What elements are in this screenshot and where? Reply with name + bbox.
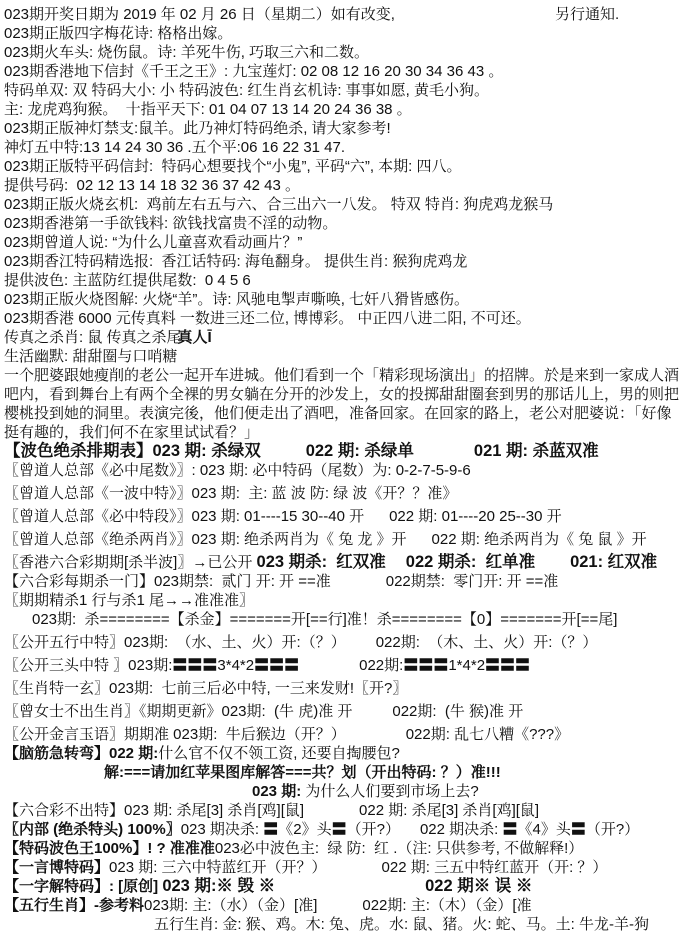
text-line: 023期火车头: 烧伤鼠。诗: 羊死牛伤, 巧取三六和二数。 bbox=[4, 43, 686, 62]
text-segment: 〓 bbox=[502, 821, 517, 838]
text-segment: 主: 龙虎鸡狗猴。 十指平天下: 01 04 07 13 14 20 24 36… bbox=[4, 101, 412, 118]
text-line: 【一字解特码】: [原创] 023 期:※ 毁 ※022 期※ 误 ※ bbox=[4, 877, 686, 896]
text-segment: 【五行生肖】-参考料 bbox=[4, 897, 144, 914]
text-line: 【一言博特码】023 期: 三六中特蓝红开（开？）022 期: 三五中特红蓝开（… bbox=[4, 858, 686, 877]
text-segment: 〖香港六合彩期期[杀半波]〗→已公开 bbox=[4, 554, 257, 571]
text-line: 023期正版火烧图解: 火烧“羊”。诗: 风驰电掣声嘶唤, 七奸八猾皆感伤。 bbox=[4, 290, 686, 309]
text-segment: （开?） bbox=[347, 821, 400, 838]
text-segment: 022 期杀: 红单准 bbox=[406, 553, 535, 571]
text-line: 〖曾道人总部《必中尾数》〗: 023 期: 必中特码（尾数）为: 0-2-7-5… bbox=[4, 461, 686, 480]
text-segment: 神灯五中特:13 14 24 30 36 .五个平:06 16 22 31 47… bbox=[4, 139, 345, 156]
text-segment: 023期正版火烧图解: 火烧“羊”。诗: 风驰电掣声嘶唤, 七奸八猾皆感伤。 bbox=[4, 291, 469, 308]
text-line: 传真之杀肖: 鼠 传真之杀尾真人Ī bbox=[4, 328, 686, 347]
text-segment: 023期: 主:（水）（金）[准] bbox=[144, 897, 317, 914]
text-segment: 023期: 杀========【杀金】=======开[==行]准！杀=====… bbox=[32, 611, 617, 628]
text-line: 五行生肖: 金: 猴、鸡。木: 兔、虎。水: 鼠、猪。火: 蛇、马。土: 牛龙-… bbox=[4, 915, 686, 934]
text-line: 〖曾道人总部《一波中特》〗023 期: 主: 蓝 波 防: 绿 波《开？？准》 bbox=[4, 484, 686, 503]
text-line: 【特码波色王100%】! ? 准准准023必中波色主: 绿 防: 红 .（注: … bbox=[4, 839, 686, 858]
text-segment: 022 期决杀: bbox=[420, 821, 503, 838]
text-line: 主: 龙虎鸡狗猴。 十指平天下: 01 04 07 13 14 20 24 36… bbox=[4, 100, 686, 119]
text-line: 生活幽默: 甜甜圈与口哨糖 bbox=[4, 347, 686, 366]
text-segment: 023期香港 6000 元传真料 一数进三还二位, 博博彩。 中正四八进二阳, … bbox=[4, 310, 531, 327]
text-segment: 〖公开五行中特〗023期: （水、土、火）开:（？） bbox=[4, 634, 346, 651]
text-segment: 【波色绝杀排期表】023 期: 杀绿双 bbox=[4, 442, 261, 460]
text-segment: 【一字解特码】: [原创] bbox=[4, 878, 162, 895]
text-segment: 021: 红双准 bbox=[570, 553, 657, 571]
text-segment: 022期: 主:（木）（金）[准 bbox=[362, 897, 531, 914]
text-segment: 023期正版特平码信封: 特码心想要找个“小鬼”, 平码“六”, 本期: 四八。 bbox=[4, 158, 462, 175]
text-segment: 【六合彩每期杀一门】023期禁: 贰门 开: 开 ==准 bbox=[4, 573, 331, 590]
text-segment: 023 期: 三六中特蓝红开（开？） bbox=[109, 859, 327, 876]
text-segment: 023期曾道人说: “为什么儿童喜欢看动画片？” bbox=[4, 234, 302, 251]
text-segment: 023期正版四字梅花诗: 格格出嫁。 bbox=[4, 25, 232, 42]
text-segment: 〖曾道人总部《一波中特》〗023 期: 主: 蓝 波 防: 绿 波《开？？准》 bbox=[4, 485, 457, 502]
text-segment: 〖内部 (绝杀特头) 100%〗 bbox=[4, 821, 181, 838]
text-segment: 〖公开三头中特 〗023期: bbox=[4, 657, 172, 674]
text-segment: 〓〓〓 bbox=[254, 657, 299, 674]
text-segment: 〖期期精杀1 行与杀1 尾→→准准准〗 bbox=[4, 592, 254, 609]
text-segment: 〖曾道人总部《绝杀两肖》〗023 期: 绝杀两肖为《 兔 龙 》开 bbox=[4, 531, 407, 548]
text-segment: 023 期决杀: bbox=[181, 821, 264, 838]
text-segment: 023期香港第一手欲钱料: 欲钱找富贵不淫的动物。 bbox=[4, 215, 337, 232]
text-line: 023期正版火烧玄机: 鸡前左右五与六、合三出六一八发。 特双 特肖: 狗虎鸡龙… bbox=[4, 195, 686, 214]
text-line: 【波色绝杀排期表】023 期: 杀绿双022 期: 杀绿单021 期: 杀蓝双准 bbox=[4, 442, 686, 461]
text-line: 特码单双: 双 特码大小: 小 特码波色: 红生肖玄机诗: 事事如愿, 黄毛小狗… bbox=[4, 81, 686, 100]
text-line: 〖香港六合彩期期[杀半波]〗→已公开 023 期杀: 红双准022 期杀: 红单… bbox=[4, 553, 686, 572]
text-segment: 〓〓〓 bbox=[485, 657, 530, 674]
text-segment: 〓 bbox=[571, 821, 586, 838]
text-segment: 解:===请加红苹果图库解答===共？划（开出特码: ？）准!!! bbox=[104, 764, 501, 781]
text-segment: 022 期: 01----20 25--30 开 bbox=[389, 508, 562, 525]
text-line: 023期正版神灯禁支:鼠羊。此乃神灯特码绝杀, 请大家参考! bbox=[4, 119, 686, 138]
text-segment: 023期香港地下信封《千王之王》: 九宝莲灯: 02 08 12 16 20 3… bbox=[4, 63, 503, 80]
text-segment: 022期: bbox=[359, 657, 403, 674]
text-segment: 【六合彩不出特】023 期: 杀尾[3] 杀肖[鸡][鼠] bbox=[4, 802, 304, 819]
text-line: 〖曾女士不出生肖〗《期期更新》023期: (牛 虎)准 开022期: (牛 猴)… bbox=[4, 702, 686, 721]
text-segment: 〓 bbox=[332, 821, 347, 838]
text-segment: 一个肥婆跟她瘦削的老公一起开车进城。他们看到一个「精彩现场演出」的招牌。於是来到… bbox=[4, 367, 679, 441]
text-line: 023期香港地下信封《千王之王》: 九宝莲灯: 02 08 12 16 20 3… bbox=[4, 62, 686, 81]
text-line: 023期开奖日期为 2019 年 02 月 26 日（星期二）如有改变,另行通知… bbox=[4, 5, 686, 24]
text-line: 〖公开三头中特 〗023期:〓〓〓3*4*2〓〓〓022期:〓〓〓1*4*2〓〓… bbox=[4, 656, 686, 675]
text-segment: 023 期: bbox=[252, 783, 305, 800]
text-segment: 〓〓〓 bbox=[403, 657, 448, 674]
text-segment: 023期香江特码精选报: 香江话特码: 海龟翻身。 提供生肖: 猴狗虎鸡龙 bbox=[4, 253, 467, 270]
text-segment: （开?） bbox=[586, 821, 639, 838]
text-segment: 023期开奖日期为 2019 年 02 月 26 日（星期二）如有改变, bbox=[4, 6, 395, 23]
text-line: 023期曾道人说: “为什么儿童喜欢看动画片？” bbox=[4, 233, 686, 252]
text-segment: 022期禁: 零门开: 开 ==准 bbox=[386, 573, 559, 590]
text-segment: 022 期: 杀尾[3] 杀肖[鸡][鼠] bbox=[359, 802, 539, 819]
document-page: 023期开奖日期为 2019 年 02 月 26 日（星期二）如有改变,另行通知… bbox=[0, 0, 688, 934]
text-segment: 生活幽默: 甜甜圈与口哨糖 bbox=[4, 348, 177, 365]
text-segment: 提供波色: 主蓝防红提供尾数: 0 4 5 6 bbox=[4, 272, 251, 289]
text-line: 〖曾道人总部《必中特段》〗023 期: 01----15 30--40 开022… bbox=[4, 507, 686, 526]
text-line: 023期正版特平码信封: 特码心想要找个“小鬼”, 平码“六”, 本期: 四八。 bbox=[4, 157, 686, 176]
text-line: 023 期: 为什么人们要到市场上去? bbox=[4, 782, 686, 801]
text-segment: 〓〓〓 bbox=[172, 657, 217, 674]
text-segment: 为什么人们要到市场上去? bbox=[305, 783, 478, 800]
text-segment: 〖曾女士不出生肖〗《期期更新》023期: (牛 虎)准 开 bbox=[4, 703, 352, 720]
text-segment: 023期火车头: 烧伤鼠。诗: 羊死牛伤, 巧取三六和二数。 bbox=[4, 44, 369, 61]
text-line: 【五行生肖】-参考料023期: 主:（水）（金）[准]022期: 主:（木）（金… bbox=[4, 896, 686, 915]
text-segment: 【脑筋急转弯】022 期: bbox=[4, 745, 158, 762]
text-line: 〖公开金言玉语〗期期准 023期: 牛后猴边（开？）022期: 乱七八糟《???… bbox=[4, 725, 686, 744]
text-line: 〖生肖特一玄〗023期: 七前三后必中特, 一三来发财!〖开?〗 bbox=[4, 679, 686, 698]
text-segment: 023期正版神灯禁支:鼠羊。此乃神灯特码绝杀, 请大家参考! bbox=[4, 120, 391, 137]
text-line: 提供波色: 主蓝防红提供尾数: 0 4 5 6 bbox=[4, 271, 686, 290]
text-line: 〖内部 (绝杀特头) 100%〗023 期决杀: 〓《2》头〓（开?）022 期… bbox=[4, 820, 686, 839]
text-segment: 021 期: 杀蓝双准 bbox=[474, 442, 599, 460]
text-line: 【脑筋急转弯】022 期:什么官不仅不领工资, 还要自掏腰包? bbox=[4, 744, 686, 763]
text-segment: 〓 bbox=[263, 821, 278, 838]
text-segment: 什么官不仅不领工资, 还要自掏腰包? bbox=[158, 745, 400, 762]
text-line: 〖曾道人总部《绝杀两肖》〗023 期: 绝杀两肖为《 兔 龙 》开022 期: … bbox=[4, 530, 686, 549]
text-segment: 特码单双: 双 特码大小: 小 特码波色: 红生肖玄机诗: 事事如愿, 黄毛小狗… bbox=[4, 82, 489, 99]
text-segment: 〖曾道人总部《必中特段》〗023 期: 01----15 30--40 开 bbox=[4, 508, 364, 525]
text-line: 023期香港第一手欲钱料: 欲钱找富贵不淫的动物。 bbox=[4, 214, 686, 233]
text-line: 提供号码: 02 12 13 14 18 32 36 37 42 43 。 bbox=[4, 176, 686, 195]
text-line: 一个肥婆跟她瘦削的老公一起开车进城。他们看到一个「精彩现场演出」的招牌。於是来到… bbox=[4, 366, 686, 442]
text-segment: 1*4*2 bbox=[448, 657, 485, 674]
text-segment: 传真之杀肖: 鼠 传真之杀尾 bbox=[4, 329, 182, 346]
text-segment: 023必中波色主: 绿 防: 红 .（注: 只供参考, 不做解释!） bbox=[215, 840, 583, 857]
text-segment: 022期: 乱七八糟《???》 bbox=[406, 726, 569, 743]
text-segment: 〖公开金言玉语〗期期准 023期: 牛后猴边（开？） bbox=[4, 726, 346, 743]
text-line: 023期香江特码精选报: 香江话特码: 海龟翻身。 提供生肖: 猴狗虎鸡龙 bbox=[4, 252, 686, 271]
text-line: 023期: 杀========【杀金】=======开[==行]准！杀=====… bbox=[4, 610, 686, 629]
text-segment: 022 期※ 误 ※ bbox=[425, 877, 532, 895]
text-segment: 022 期: 绝杀两肖为《 兔 鼠 》开 bbox=[432, 531, 647, 548]
text-segment: 真人Ī bbox=[178, 329, 212, 346]
text-segment: 另行通知. bbox=[555, 6, 619, 23]
text-segment: 〖曾道人总部《必中尾数》〗: 023 期: 必中特码（尾数）为: 0-2-7-5… bbox=[4, 462, 471, 479]
text-segment: 023 期杀: 红双准 bbox=[257, 553, 386, 571]
text-segment: 提供号码: 02 12 13 14 18 32 36 37 42 43 。 bbox=[4, 177, 300, 194]
text-line: 【六合彩不出特】023 期: 杀尾[3] 杀肖[鸡][鼠]022 期: 杀尾[3… bbox=[4, 801, 686, 820]
text-line: 〖期期精杀1 行与杀1 尾→→准准准〗 bbox=[4, 591, 686, 610]
text-line: 神灯五中特:13 14 24 30 36 .五个平:06 16 22 31 47… bbox=[4, 138, 686, 157]
text-segment: 022期: (牛 猴)准 开 bbox=[392, 703, 523, 720]
text-segment: 〖生肖特一玄〗023期: 七前三后必中特, 一三来发财!〖开?〗 bbox=[4, 680, 407, 697]
text-segment: 【特码波色王100%】! ? 准准准 bbox=[4, 840, 215, 857]
text-segment: 《2》头 bbox=[278, 821, 331, 838]
text-segment: 3*4*2 bbox=[217, 657, 254, 674]
text-segment: 《4》头 bbox=[518, 821, 571, 838]
text-segment: 022期: （木、土、火）开:（？） bbox=[376, 634, 598, 651]
text-segment: 【一言博特码】 bbox=[4, 859, 109, 876]
text-segment: 五行生肖: 金: 猴、鸡。木: 兔、虎。水: 鼠、猪。火: 蛇、马。土: 牛龙-… bbox=[154, 916, 649, 933]
text-line: 〖公开五行中特〗023期: （水、土、火）开:（？）022期: （木、土、火）开… bbox=[4, 633, 686, 652]
text-segment: 023 期:※ 毁 ※ bbox=[162, 877, 275, 895]
text-line: 023期正版四字梅花诗: 格格出嫁。 bbox=[4, 24, 686, 43]
text-line: 【六合彩每期杀一门】023期禁: 贰门 开: 开 ==准022期禁: 零门开: … bbox=[4, 572, 686, 591]
text-line: 解:===请加红苹果图库解答===共？划（开出特码: ？）准!!! bbox=[4, 763, 686, 782]
text-line: 023期香港 6000 元传真料 一数进三还二位, 博博彩。 中正四八进二阳, … bbox=[4, 309, 686, 328]
text-segment: 023期正版火烧玄机: 鸡前左右五与六、合三出六一八发。 特双 特肖: 狗虎鸡龙… bbox=[4, 196, 553, 213]
text-segment: 022 期: 杀绿单 bbox=[306, 442, 414, 460]
text-segment: 022 期: 三五中特红蓝开（开: ？） bbox=[382, 859, 608, 876]
